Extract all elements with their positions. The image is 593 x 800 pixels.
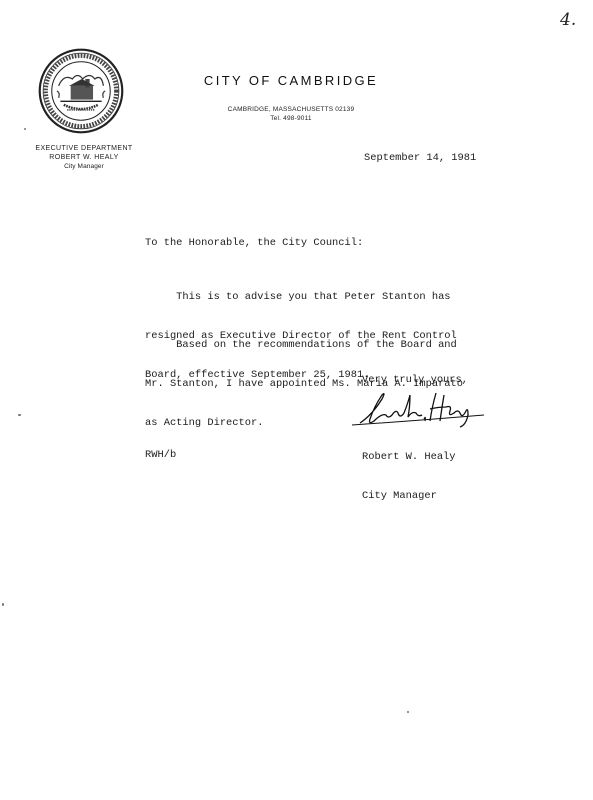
phone-line: Tel. 498-9011: [196, 114, 386, 123]
city-seal-icon: [38, 48, 124, 134]
department-block: EXECUTIVE DEPARTMENT ROBERT W. HEALY Cit…: [24, 144, 144, 171]
scan-speck: [2, 603, 4, 606]
scan-speck: [24, 128, 26, 130]
signer-title: City Manager: [362, 490, 456, 503]
letterhead-address: CAMBRIDGE, MASSACHUSETTS 02139 Tel. 498-…: [196, 105, 386, 123]
letterhead-title: CITY OF CAMBRIDGE: [196, 73, 386, 88]
department-role: City Manager: [24, 162, 144, 171]
address-line: CAMBRIDGE, MASSACHUSETTS 02139: [196, 105, 386, 114]
handwritten-signature-icon: [352, 385, 487, 430]
paragraph-line: Based on the recommendations of the Boar…: [145, 339, 463, 352]
salutation: To the Honorable, the City Council:: [145, 237, 363, 249]
letter-date: September 14, 1981: [364, 152, 476, 164]
signer-block: Robert W. Healy City Manager: [362, 425, 456, 529]
department-name: EXECUTIVE DEPARTMENT: [24, 144, 144, 153]
department-person: ROBERT W. HEALY: [24, 153, 144, 162]
scan-speck: [407, 711, 409, 713]
scan-speck: [18, 414, 21, 416]
signer-name: Robert W. Healy: [362, 451, 456, 464]
page-number: 4.: [560, 10, 576, 30]
letter-page: 4. CITY OF CAMBRIDGE CAMBRIDGE, MASSACHU…: [0, 0, 593, 800]
paragraph-line: This is to advise you that Peter Stanton…: [145, 291, 457, 304]
typist-initials: RWH/b: [145, 449, 176, 461]
